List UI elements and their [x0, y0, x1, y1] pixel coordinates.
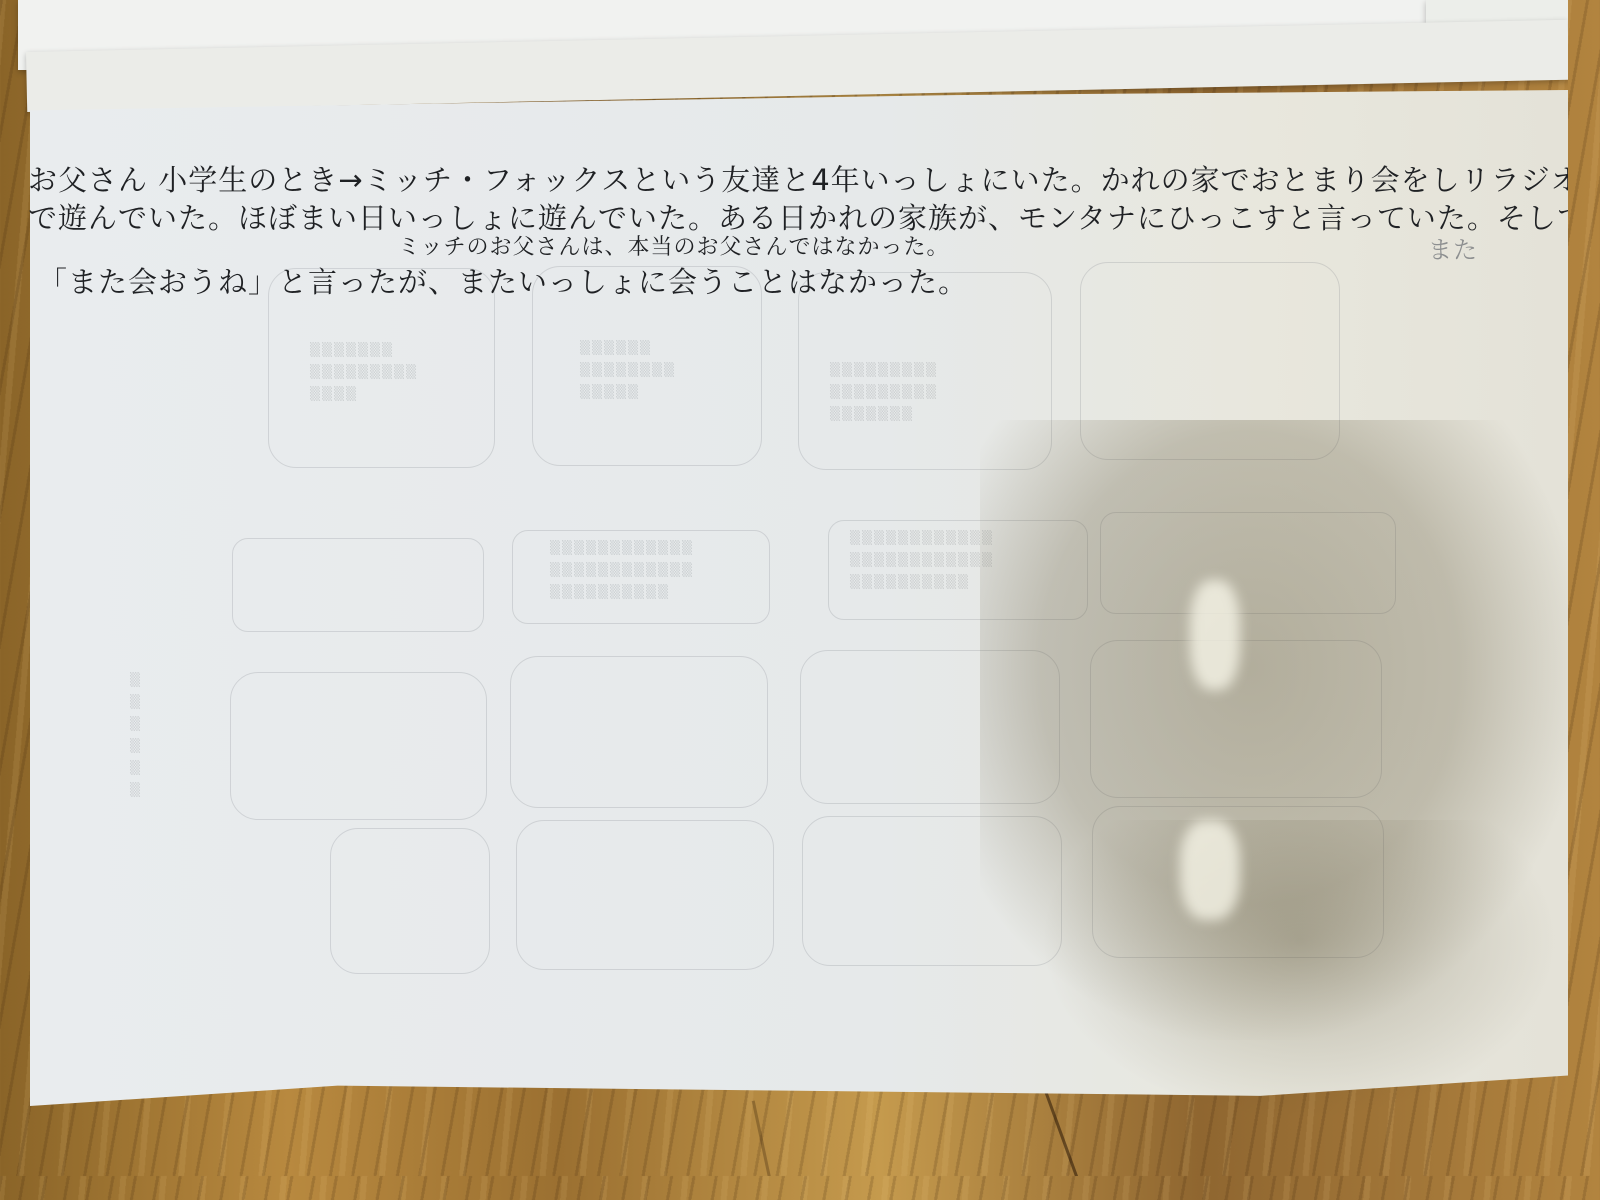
bleed-box: [516, 820, 774, 970]
bleed-box: [800, 650, 1060, 804]
bleed-through-text: ▒▒▒▒▒▒▒▒▒▒▒▒▒▒▒▒▒▒▒: [580, 338, 676, 404]
faint-mark: また: [1428, 230, 1478, 265]
bleed-through-text: ▒▒▒▒▒▒▒▒▒▒▒▒▒▒▒▒▒▒▒▒: [310, 340, 418, 406]
bleed-box: [232, 538, 484, 632]
bleed-box: [802, 816, 1062, 966]
handwritten-insertion: ミッチのお父さんは、本当のお父さんではなかった。: [398, 230, 950, 261]
light-spot: [1180, 820, 1240, 920]
bleed-box: [1080, 262, 1340, 460]
bleed-box: [510, 656, 768, 808]
floor-seam: [1045, 1092, 1079, 1176]
bleed-through-text: ▒▒▒▒▒▒: [130, 670, 142, 802]
handwritten-line-3: 「また会おうね」と言ったが、またいっしょに会うことはなかった。: [38, 260, 968, 301]
floor-seam: [752, 1101, 772, 1176]
bleed-box: [330, 828, 490, 974]
bleed-through-text: ▒▒▒▒▒▒▒▒▒▒▒▒▒▒▒▒▒▒▒▒▒▒▒▒▒▒▒▒▒▒▒▒▒▒: [550, 538, 694, 604]
light-spot: [1190, 580, 1240, 690]
bleed-through-text: ▒▒▒▒▒▒▒▒▒▒▒▒▒▒▒▒▒▒▒▒▒▒▒▒▒: [830, 360, 938, 426]
bleed-box: [1100, 512, 1396, 614]
bleed-through-text: ▒▒▒▒▒▒▒▒▒▒▒▒▒▒▒▒▒▒▒▒▒▒▒▒▒▒▒▒▒▒▒▒▒▒: [850, 528, 994, 594]
bleed-box: [230, 672, 487, 820]
handwritten-line-1: お父さん 小学生のとき→ミッチ・フォックスという友達と4年いっしょにいた。かれの…: [28, 158, 1568, 199]
